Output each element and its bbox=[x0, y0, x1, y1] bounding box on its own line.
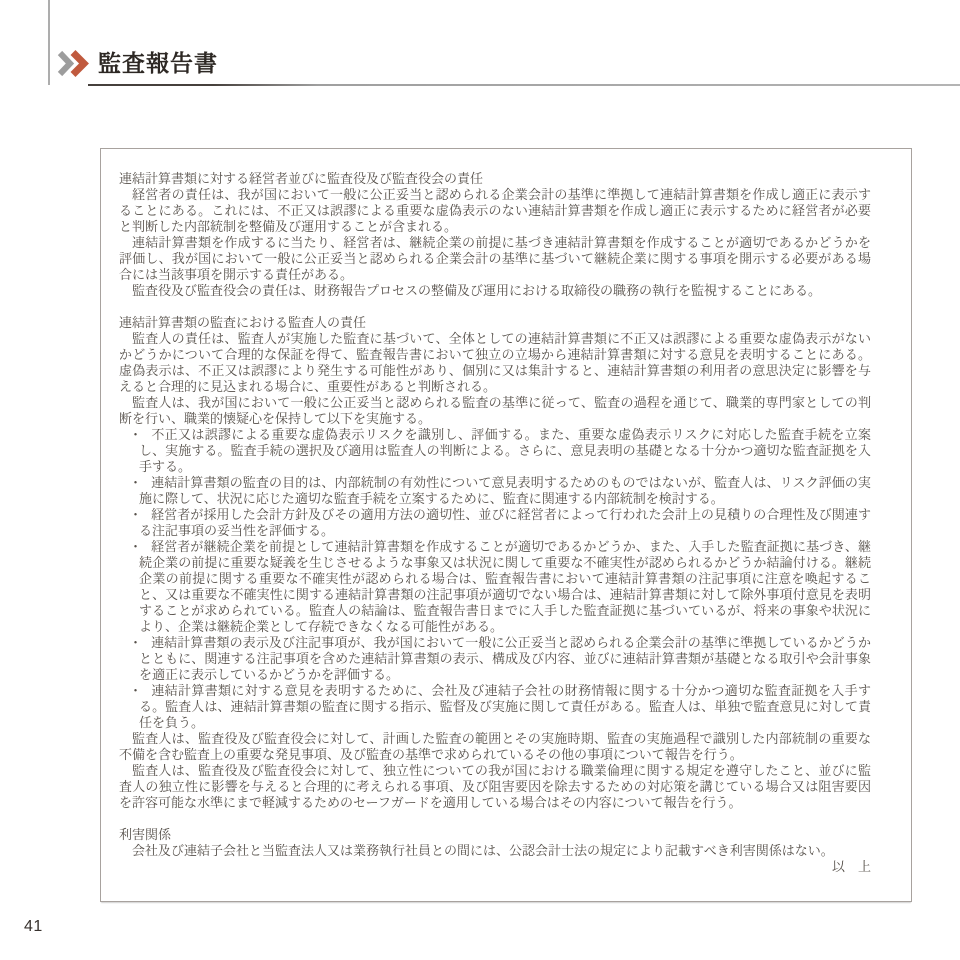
paragraph: 監査役及び監査役会の責任は、財務報告プロセスの整備及び運用における取締役の職務の… bbox=[119, 283, 871, 299]
section-heading: 連結計算書類に対する経営者並びに監査役及び監査役会の責任 bbox=[119, 171, 871, 187]
section-heading: 連結計算書類の監査における監査人の責任 bbox=[119, 315, 871, 331]
list-item: ・連結計算書類の表示及び注記事項が、我が国において一般に公正妥当と認められる企業… bbox=[119, 635, 871, 683]
list-item-text: 連結計算書類に対する意見を表明するために、会社及び連結子会社の財務情報に関する十… bbox=[139, 683, 871, 730]
audit-report-box: 連結計算書類に対する経営者並びに監査役及び監査役会の責任 経営者の責任は、我が国… bbox=[100, 148, 912, 902]
page-title: 監査報告書 bbox=[98, 50, 218, 78]
double-chevron-icon bbox=[57, 50, 91, 77]
list-item-text: 不正又は誤謬による重要な虚偽表示リスクを識別し、評価する。また、重要な虚偽表示リ… bbox=[139, 427, 871, 474]
paragraph: 監査人の責任は、監査人が実施した監査に基づいて、全体としての連結計算書類に不正又… bbox=[119, 331, 871, 395]
paragraph: 経営者の責任は、我が国において一般に公正妥当と認められる企業会計の基準に準拠して… bbox=[119, 187, 871, 235]
paragraph: 連結計算書類を作成するに当たり、経営者は、継続企業の前提に基づき連結計算書類を作… bbox=[119, 235, 871, 283]
bullet-dot: ・ bbox=[129, 539, 142, 554]
list-item: ・不正又は誤謬による重要な虚偽表示リスクを識別し、評価する。また、重要な虚偽表示… bbox=[119, 427, 871, 475]
header-vertical-line bbox=[48, 0, 50, 85]
paragraph: 監査人は、我が国において一般に公正妥当と認められる監査の基準に従って、監査の過程… bbox=[119, 395, 871, 427]
list-item-text: 連結計算書類の表示及び注記事項が、我が国において一般に公正妥当と認められる企業会… bbox=[139, 635, 871, 682]
section-interest-relationship: 利害関係 会社及び連結子会社と当監査法人又は業務執行社員との間には、公認会計士法… bbox=[119, 827, 871, 859]
bullet-dot: ・ bbox=[129, 635, 142, 650]
list-item: ・連結計算書類の監査の目的は、内部統制の有効性について意見表明するためのものでは… bbox=[119, 475, 871, 507]
audit-procedure-list: ・不正又は誤謬による重要な虚偽表示リスクを識別し、評価する。また、重要な虚偽表示… bbox=[119, 427, 871, 731]
bullet-dot: ・ bbox=[129, 427, 142, 442]
bullet-dot: ・ bbox=[129, 475, 142, 490]
section-management-responsibility: 連結計算書類に対する経営者並びに監査役及び監査役会の責任 経営者の責任は、我が国… bbox=[119, 171, 871, 299]
page-number: 41 bbox=[24, 918, 43, 936]
list-item-text: 経営者が採用した会計方針及びその適用方法の適切性、並びに経営者によって行われた会… bbox=[139, 507, 871, 538]
audit-report-text: 連結計算書類に対する経営者並びに監査役及び監査役会の責任 経営者の責任は、我が国… bbox=[101, 149, 911, 875]
bullet-dot: ・ bbox=[129, 683, 142, 698]
header-underline bbox=[88, 84, 960, 86]
list-item-text: 連結計算書類の監査の目的は、内部統制の有効性について意見表明するためのものではな… bbox=[139, 475, 871, 506]
list-item-text: 経営者が継続企業を前提として連結計算書類を作成することが適切であるかどうか、また… bbox=[139, 539, 871, 634]
paragraph: 監査人は、監査役及び監査役会に対して、独立性についての我が国における職業倫理に関… bbox=[119, 763, 871, 811]
header-title-row: 監査報告書 bbox=[57, 50, 218, 78]
section-heading: 利害関係 bbox=[119, 827, 871, 843]
page: 監査報告書 連結計算書類に対する経営者並びに監査役及び監査役会の責任 経営者の責… bbox=[0, 0, 960, 960]
bullet-dot: ・ bbox=[129, 507, 142, 522]
paragraph: 会社及び連結子会社と当監査法人又は業務執行社員との間には、公認会計士法の規定によ… bbox=[119, 843, 871, 859]
paragraph: 監査人は、監査役及び監査役会に対して、計画した監査の範囲とその実施時期、監査の実… bbox=[119, 731, 871, 763]
list-item: ・連結計算書類に対する意見を表明するために、会社及び連結子会社の財務情報に関する… bbox=[119, 683, 871, 731]
section-auditor-responsibility: 連結計算書類の監査における監査人の責任 監査人の責任は、監査人が実施した監査に基… bbox=[119, 315, 871, 811]
closing-ijou: 以 上 bbox=[119, 859, 871, 875]
list-item: ・経営者が採用した会計方針及びその適用方法の適切性、並びに経営者によって行われた… bbox=[119, 507, 871, 539]
list-item: ・経営者が継続企業を前提として連結計算書類を作成することが適切であるかどうか、ま… bbox=[119, 539, 871, 635]
